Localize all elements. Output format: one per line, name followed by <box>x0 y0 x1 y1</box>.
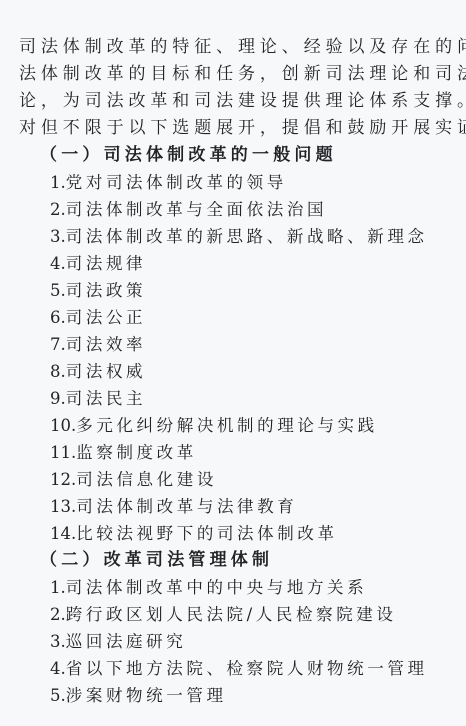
section-heading: （二）改革司法管理体制 <box>0 547 466 574</box>
item-number: 4. <box>50 659 66 678</box>
item-number: 2. <box>50 200 66 219</box>
item-number: 8. <box>50 362 66 381</box>
item-text: 巡回法庭研究 <box>66 632 187 651</box>
item-number: 12. <box>50 470 76 489</box>
item-text: 跨行政区划人民法院/人民检察院建设 <box>66 605 397 624</box>
item-number: 1. <box>50 173 66 192</box>
list-item: 4.司法规律 <box>0 250 466 277</box>
item-text: 省以下地方法院、检察院人财物统一管理 <box>66 659 428 678</box>
list-item: 1.司法体制改革中的中央与地方关系 <box>0 574 466 601</box>
list-item: 8.司法权威 <box>0 358 466 385</box>
item-text: 比较法视野下的司法体制改革 <box>76 524 337 543</box>
document-page: 司法体制改革的特征、理论、经验以及存在的问题，展望司 法体制改革的目标和任务，创… <box>0 0 466 726</box>
item-number: 5. <box>50 686 66 705</box>
item-number: 4. <box>50 254 66 273</box>
item-text: 司法效率 <box>66 335 146 354</box>
list-item: 11.监察制度改革 <box>0 439 466 466</box>
item-text: 司法体制改革的新思路、新战略、新理念 <box>66 227 428 246</box>
intro-line: 法体制改革的目标和任务，创新司法理论和司法体制改革理 <box>19 61 449 88</box>
list-item: 1.党对司法体制改革的领导 <box>0 169 466 196</box>
item-number: 6. <box>50 308 66 327</box>
section-judicial-management: （二）改革司法管理体制 1.司法体制改革中的中央与地方关系 2.跨行政区划人民法… <box>0 547 466 709</box>
list-item: 2.司法体制改革与全面依法治国 <box>0 196 466 223</box>
list-item: 12.司法信息化建设 <box>0 466 466 493</box>
list-item: 4.省以下地方法院、检察院人财物统一管理 <box>0 655 466 682</box>
item-text: 党对司法体制改革的领导 <box>66 173 287 192</box>
item-text: 司法政策 <box>66 281 146 300</box>
section-general-issues: （一）司法体制改革的一般问题 1.党对司法体制改革的领导 2.司法体制改革与全面… <box>0 142 466 547</box>
item-number: 3. <box>50 632 66 651</box>
item-text: 司法公正 <box>66 308 146 327</box>
list-item: 13.司法体制改革与法律教育 <box>0 493 466 520</box>
intro-line: 对但不限于以下选题展开，提倡和鼓励开展实证研究。 <box>19 115 449 142</box>
item-number: 9. <box>50 389 66 408</box>
list-item: 3.司法体制改革的新思路、新战略、新理念 <box>0 223 466 250</box>
list-item: 3.巡回法庭研究 <box>0 628 466 655</box>
item-text: 司法体制改革中的中央与地方关系 <box>66 578 368 597</box>
item-text: 司法信息化建设 <box>76 470 217 489</box>
item-number: 1. <box>50 578 66 597</box>
item-text: 监察制度改革 <box>76 443 197 462</box>
list-item: 9.司法民主 <box>0 385 466 412</box>
item-text: 多元化纠纷解决机制的理论与实践 <box>76 416 378 435</box>
item-number: 3. <box>50 227 66 246</box>
list-item: 2.跨行政区划人民法院/人民检察院建设 <box>0 601 466 628</box>
list-item: 5.涉案财物统一管理 <box>0 682 466 709</box>
intro-paragraph: 司法体制改革的特征、理论、经验以及存在的问题，展望司 法体制改革的目标和任务，创… <box>19 34 449 142</box>
intro-line: 论，为司法改革和司法建设提供理论体系支撑。建议作者针 <box>19 88 449 115</box>
item-text: 涉案财物统一管理 <box>66 686 227 705</box>
item-number: 2. <box>50 605 66 624</box>
item-number: 10. <box>50 416 76 435</box>
list-item: 14.比较法视野下的司法体制改革 <box>0 520 466 547</box>
list-item: 5.司法政策 <box>0 277 466 304</box>
item-number: 11. <box>50 443 76 462</box>
item-number: 5. <box>50 281 66 300</box>
item-number: 7. <box>50 335 66 354</box>
section-heading: （一）司法体制改革的一般问题 <box>0 142 466 169</box>
item-text: 司法体制改革与法律教育 <box>76 497 297 516</box>
list-item: 7.司法效率 <box>0 331 466 358</box>
item-text: 司法民主 <box>66 389 146 408</box>
item-number: 14. <box>50 524 76 543</box>
intro-line: 司法体制改革的特征、理论、经验以及存在的问题，展望司 <box>19 34 449 61</box>
list-item: 10.多元化纠纷解决机制的理论与实践 <box>0 412 466 439</box>
item-number: 13. <box>50 497 76 516</box>
item-text: 司法权威 <box>66 362 146 381</box>
item-text: 司法规律 <box>66 254 146 273</box>
list-item: 6.司法公正 <box>0 304 466 331</box>
item-text: 司法体制改革与全面依法治国 <box>66 200 327 219</box>
